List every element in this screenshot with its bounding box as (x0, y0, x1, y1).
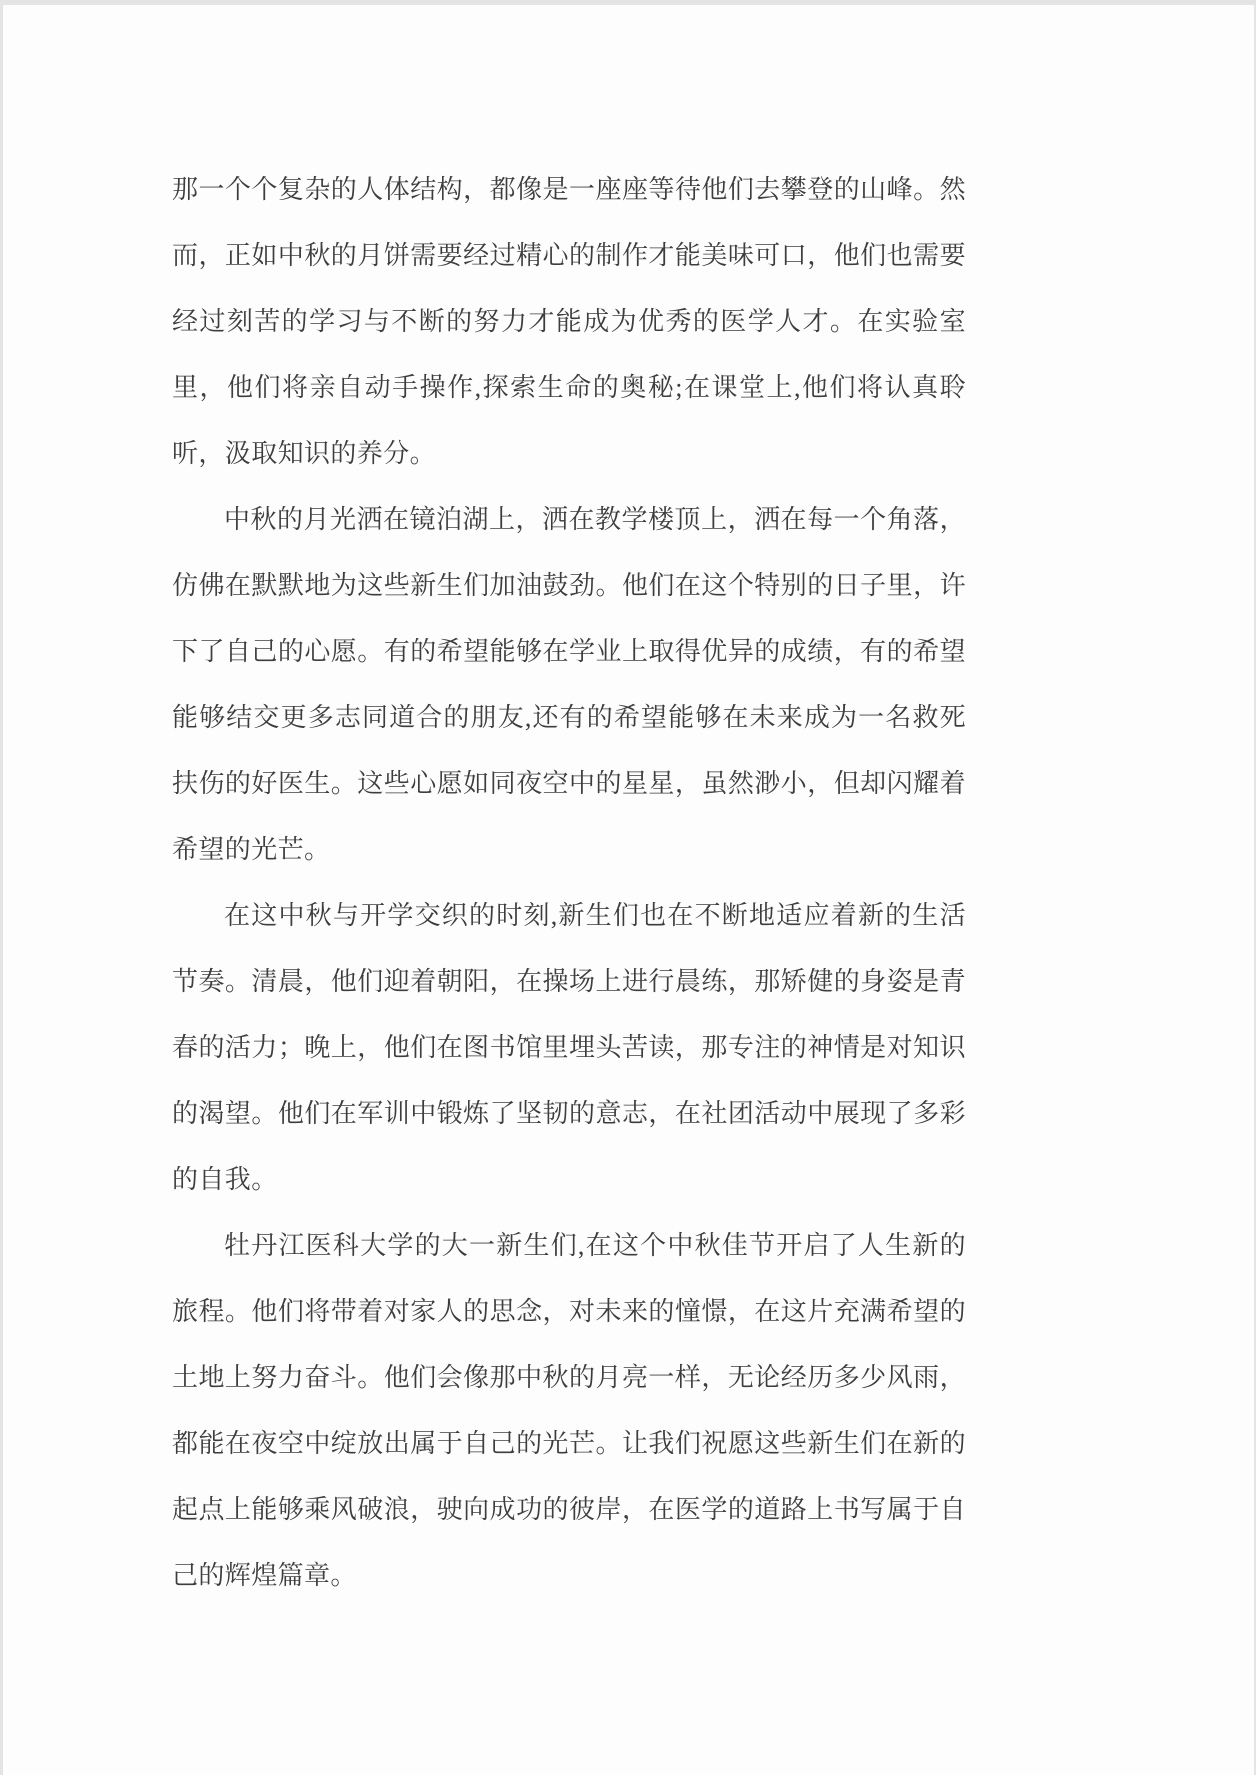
paragraph-3: 在这中秋与开学交织的时刻,新生们也在不断地适应着新的生活节奏。清晨，他们迎着朝阳… (172, 883, 966, 1213)
paragraph-1: 那一个个复杂的人体结构，都像是一座座等待他们去攀登的山峰。然而，正如中秋的月饼需… (172, 157, 966, 487)
paragraph-2: 中秋的月光洒在镜泊湖上，洒在教学楼顶上，洒在每一个角落，仿佛在默默地为这些新生们… (172, 487, 966, 883)
document-page: 那一个个复杂的人体结构，都像是一座座等待他们去攀登的山峰。然而，正如中秋的月饼需… (3, 5, 1254, 1775)
essay-text-block: 那一个个复杂的人体结构，都像是一座座等待他们去攀登的山峰。然而，正如中秋的月饼需… (3, 5, 966, 1609)
paragraph-4: 牡丹江医科大学的大一新生们,在这个中秋佳节开启了人生新的旅程。他们将带着对家人的… (172, 1213, 966, 1609)
